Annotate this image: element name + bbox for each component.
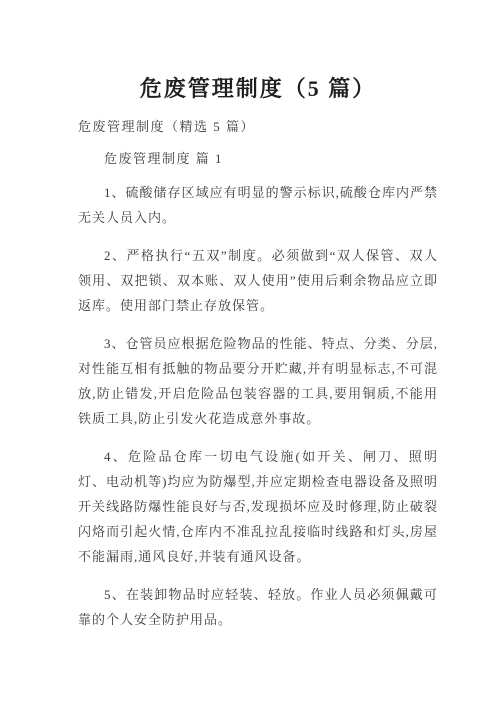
page-title: 危废管理制度（5 篇） xyxy=(78,74,438,104)
document-page: 危废管理制度（5 篇） 危废管理制度（精选 5 篇） 危废管理制度 篇 1 1、… xyxy=(0,0,500,707)
document-subtitle: 危废管理制度（精选 5 篇） xyxy=(78,118,438,136)
paragraph-4: 4、危险品仓库一切电气设施(如开关、闸刀、照明灯、电动机等)均应为防爆型,并应定… xyxy=(78,444,438,569)
paragraph-1: 1、硫酸储存区域应有明显的警示标识,硫酸仓库内严禁无关人员入内。 xyxy=(78,180,438,230)
section-heading: 危废管理制度 篇 1 xyxy=(78,150,438,168)
paragraph-2: 2、严格执行“五双”制度。必须做到“双人保管、双人领用、双把锁、双本账、双人使用… xyxy=(78,243,438,318)
paragraph-3: 3、仓管员应根据危险物品的性能、特点、分类、分层,对性能互相有抵触的物品要分开贮… xyxy=(78,331,438,431)
paragraph-5: 5、在装卸物品时应轻装、轻放。作业人员必须佩戴可靠的个人安全防护用品。 xyxy=(78,582,438,632)
paragraph-list: 1、硫酸储存区域应有明显的警示标识,硫酸仓库内严禁无关人员入内。 2、严格执行“… xyxy=(78,180,438,632)
